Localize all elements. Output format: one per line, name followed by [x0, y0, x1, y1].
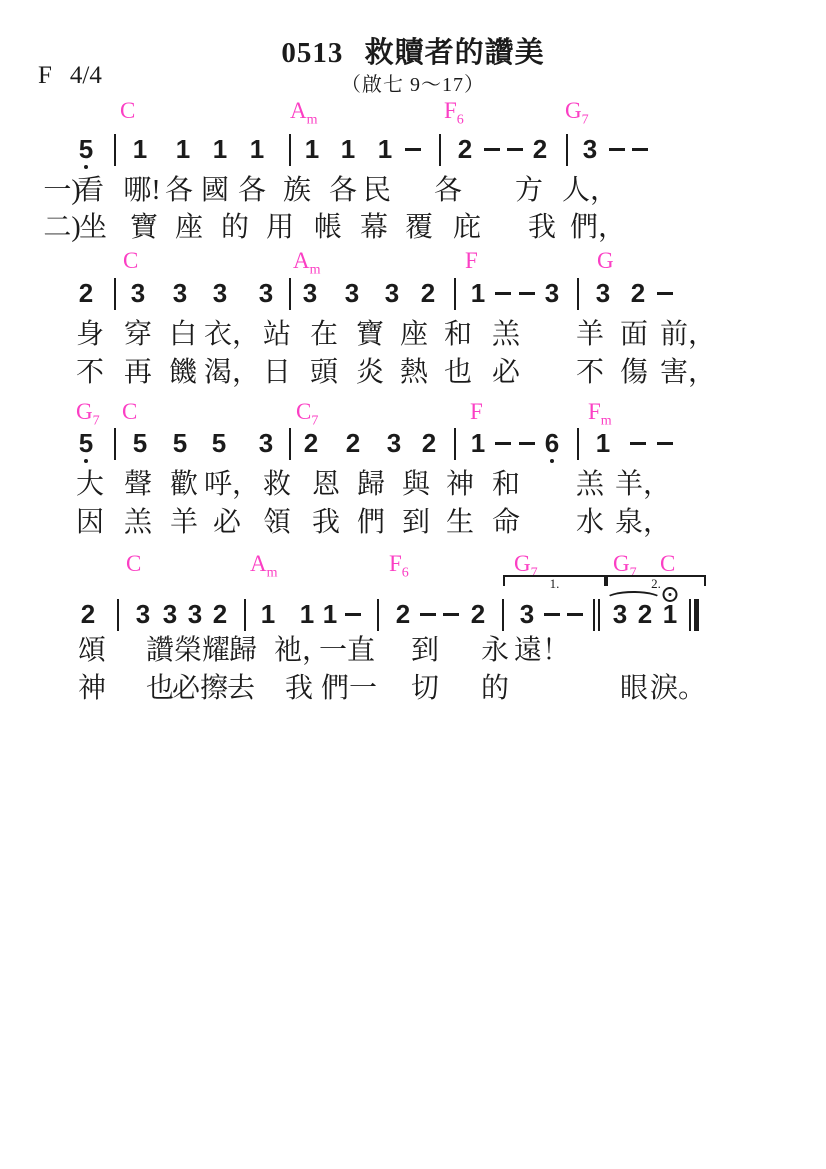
note-digit: 2	[533, 136, 547, 162]
lyric-syllable: 們	[357, 509, 385, 537]
lyric-syllable: 命	[492, 509, 520, 537]
chord-suffix: 6	[402, 566, 409, 581]
lyric-syllable: 族	[283, 177, 311, 205]
chord-label: F6	[389, 552, 409, 581]
chord-label: C7	[296, 400, 318, 429]
lyric-syllable: 生	[446, 509, 474, 537]
lyric-syllable: 白	[169, 321, 197, 349]
lyric-syllable: 羔	[124, 509, 152, 537]
lyric-syllable: 擦	[200, 675, 228, 703]
lyric-syllable: 泉，	[615, 509, 671, 537]
chord-root: C	[126, 551, 141, 576]
lyric-syllable: 水	[576, 509, 604, 537]
lyric-syllable: 和	[444, 321, 472, 349]
lyric-syllable: 到	[411, 637, 439, 665]
chord-label: C	[126, 552, 141, 575]
duration-dash	[657, 442, 673, 445]
barline	[454, 428, 456, 460]
lyric-syllable: 歸	[357, 471, 385, 499]
lyric-syllable: 人，	[562, 177, 618, 205]
lyric-syllable: 耀	[202, 637, 230, 665]
lyric-syllable: 頭	[310, 359, 338, 387]
chord-label: Am	[290, 99, 318, 128]
note-digit: 2	[638, 601, 652, 627]
lyric-syllable: 羊，	[615, 471, 671, 499]
note-digit: 1	[663, 601, 677, 627]
chord-root: F	[588, 399, 601, 424]
duration-dash	[484, 148, 500, 151]
octave-dot-low	[84, 459, 88, 463]
chord-label: Am	[293, 249, 321, 278]
duration-dash	[567, 613, 583, 616]
lyric-syllable: 與	[402, 471, 430, 499]
barline	[577, 278, 579, 310]
note-digit: 5	[212, 430, 226, 456]
chord-suffix: 7	[311, 414, 318, 429]
note-digit: 2	[81, 601, 95, 627]
chord-label: C	[120, 99, 135, 122]
barline	[439, 134, 441, 166]
note-digit: 1	[596, 430, 610, 456]
note-digit: 3	[173, 280, 187, 306]
chord-suffix: 7	[582, 113, 589, 128]
note-digit: 1	[471, 280, 485, 306]
duration-dash	[519, 292, 535, 295]
lyric-syllable: 在	[310, 321, 338, 349]
volta-label: 1.	[550, 577, 560, 590]
duration-dash	[495, 292, 511, 295]
note-digit: 1	[176, 136, 190, 162]
chord-label: G7	[76, 400, 100, 429]
lyric-syllable: 再	[124, 359, 152, 387]
lyric-syllable: 淚。	[650, 675, 706, 703]
lyric-syllable: 我	[312, 509, 340, 537]
lyric-syllable: 傷	[620, 359, 648, 387]
chord-label: C	[122, 400, 137, 423]
chord-suffix: 6	[457, 113, 464, 128]
lyric-syllable: 饑	[169, 359, 197, 387]
duration-dash	[507, 148, 523, 151]
lyric-syllable: 幕	[360, 214, 388, 242]
note-digit: 1	[261, 601, 275, 627]
note-digit: 3	[613, 601, 627, 627]
scripture-reference: （啟七 9～17）	[0, 68, 826, 97]
lyric-syllable: 各	[165, 177, 193, 205]
double-barline	[598, 599, 600, 631]
lyric-syllable: 和	[492, 471, 520, 499]
lyric-syllable: 害，	[660, 359, 716, 387]
double-barline	[593, 599, 595, 631]
note-digit: 3	[259, 280, 273, 306]
lyric-syllable: 各	[238, 177, 266, 205]
chord-root: F	[465, 248, 478, 273]
note-digit: 5	[79, 136, 93, 162]
barline	[289, 134, 291, 166]
lyric-syllable: 神	[446, 471, 474, 499]
lyric-syllable: 榮	[174, 637, 202, 665]
lyric-syllable: 眼	[620, 675, 648, 703]
note-digit: 3	[131, 280, 145, 306]
chord-root: F	[444, 98, 457, 123]
lyric-syllable: 一	[349, 675, 377, 703]
lyric-syllable: 帳	[314, 214, 342, 242]
duration-dash	[632, 148, 648, 151]
note-digit: 1	[323, 601, 337, 627]
chord-label: G	[597, 249, 614, 272]
lyric-syllable: 衣，	[204, 321, 260, 349]
barline	[114, 134, 116, 166]
lyric-syllable: 寶	[356, 321, 384, 349]
chord-label: C	[660, 552, 675, 575]
volta-label: 2.	[651, 577, 661, 590]
lyric-syllable: 一	[319, 637, 347, 665]
chord-label: F	[465, 249, 478, 272]
note-digit: 2	[79, 280, 93, 306]
lyric-syllable: 羔	[492, 321, 520, 349]
duration-dash	[544, 613, 560, 616]
note-digit: 2	[458, 136, 472, 162]
lyric-syllable: 熱	[400, 359, 428, 387]
note-digit: 6	[545, 430, 559, 456]
lyric-syllable: 到	[402, 509, 430, 537]
lyric-syllable: 永	[481, 637, 509, 665]
lyric-syllable: 歸	[229, 637, 257, 665]
lyric-syllable: 大	[76, 471, 104, 499]
note-digit: 3	[213, 280, 227, 306]
chord-root: G	[613, 551, 630, 576]
lyric-syllable: 去	[227, 675, 255, 703]
chord-suffix: m	[307, 113, 318, 128]
note-digit: 1	[250, 136, 264, 162]
lyric-syllable: 也	[146, 675, 174, 703]
note-digit: 1	[300, 601, 314, 627]
lyric-syllable: 們	[321, 675, 349, 703]
duration-dash	[420, 613, 436, 616]
note-digit: 3	[387, 430, 401, 456]
note-digit: 2	[304, 430, 318, 456]
note-digit: 2	[631, 280, 645, 306]
lyric-syllable: 身	[76, 321, 104, 349]
barline	[244, 599, 246, 631]
lyric-syllable: 頌	[78, 637, 106, 665]
volta-bracket: 1.	[503, 575, 606, 586]
chord-suffix: 7	[93, 414, 100, 429]
octave-dot-low	[84, 165, 88, 169]
lyric-syllable: 直	[347, 637, 375, 665]
note-digit: 1	[341, 136, 355, 162]
chord-root: C	[120, 98, 135, 123]
lyric-syllable: 羔	[576, 471, 604, 499]
note-digit: 2	[213, 601, 227, 627]
lyric-syllable: 恩	[312, 471, 340, 499]
duration-dash	[519, 442, 535, 445]
lyric-syllable: 面	[620, 321, 648, 349]
lyric-syllable: 坐	[79, 214, 107, 242]
duration-dash	[609, 148, 625, 151]
lyric-syllable: 覆	[405, 214, 433, 242]
fermata-icon	[663, 587, 678, 602]
chord-label: G7	[565, 99, 589, 128]
chord-label: Fm	[588, 400, 612, 429]
note-digit: 1	[213, 136, 227, 162]
note-digit: 3	[303, 280, 317, 306]
chord-root: G	[597, 248, 614, 273]
lyric-syllable: 歡	[170, 471, 198, 499]
note-digit: 3	[188, 601, 202, 627]
note-digit: 3	[259, 430, 273, 456]
lyric-syllable: 的	[481, 675, 509, 703]
chord-root: A	[293, 248, 310, 273]
lyric-syllable: 必	[213, 509, 241, 537]
barline	[454, 278, 456, 310]
chord-root: C	[296, 399, 311, 424]
lyric-syllable: 羊	[576, 321, 604, 349]
volta-bracket: 2.	[606, 575, 706, 586]
note-digit: 5	[79, 430, 93, 456]
note-digit: 3	[163, 601, 177, 627]
lyric-syllable: 方	[515, 177, 543, 205]
lyric-syllable: 我	[528, 214, 556, 242]
chord-root: F	[389, 551, 402, 576]
note-digit: 1	[378, 136, 392, 162]
chord-suffix: m	[310, 263, 321, 278]
lyric-syllable: 不	[576, 359, 604, 387]
lyric-syllable: 國	[201, 177, 229, 205]
lyric-syllable: 看	[76, 177, 104, 205]
note-digit: 2	[421, 280, 435, 306]
octave-dot-low	[550, 459, 554, 463]
note-digit: 1	[133, 136, 147, 162]
lyric-syllable: 也	[444, 359, 472, 387]
chord-root: G	[514, 551, 531, 576]
barline	[577, 428, 579, 460]
duration-dash	[345, 613, 361, 616]
note-digit: 2	[346, 430, 360, 456]
verse-number: 二)	[43, 214, 80, 242]
song-title: 0513 救贖者的讚美	[0, 30, 826, 71]
note-digit: 3	[345, 280, 359, 306]
barline	[117, 599, 119, 631]
lyric-syllable: 羊	[170, 509, 198, 537]
lyric-syllable: 神	[78, 675, 106, 703]
chord-root: A	[250, 551, 267, 576]
note-digit: 3	[385, 280, 399, 306]
duration-dash	[495, 442, 511, 445]
chord-root: C	[660, 551, 675, 576]
barline	[566, 134, 568, 166]
lyric-syllable: 們，	[570, 214, 626, 242]
chord-suffix: m	[267, 566, 278, 581]
note-digit: 2	[422, 430, 436, 456]
barline	[289, 278, 291, 310]
chord-root: G	[565, 98, 582, 123]
final-barline	[689, 599, 691, 631]
lyric-syllable: 呼，	[204, 471, 260, 499]
lyric-syllable: 寶	[130, 214, 158, 242]
lyric-syllable: 日	[263, 359, 291, 387]
chord-suffix: m	[601, 414, 612, 429]
lyric-syllable: 必	[172, 675, 200, 703]
lyric-syllable: 哪!	[123, 177, 160, 205]
fermata-dot	[669, 593, 672, 596]
lyric-syllable: 炎	[356, 359, 384, 387]
lyric-syllable: 我	[285, 675, 313, 703]
note-digit: 5	[173, 430, 187, 456]
chord-root: G	[76, 399, 93, 424]
hymn-sheet: 0513 救贖者的讚美 F4/4 （啟七 9～17） CAmF6G7511111…	[0, 0, 826, 1169]
barline	[289, 428, 291, 460]
chord-root: F	[470, 399, 483, 424]
note-digit: 3	[583, 136, 597, 162]
chord-label: C	[123, 249, 138, 272]
lyric-syllable: 庇	[453, 214, 481, 242]
chord-label: Am	[250, 552, 278, 581]
note-digit: 2	[471, 601, 485, 627]
chord-root: C	[123, 248, 138, 273]
note-digit: 3	[520, 601, 534, 627]
duration-dash	[405, 148, 421, 151]
duration-dash	[443, 613, 459, 616]
barline	[114, 278, 116, 310]
lyric-syllable: 座	[175, 214, 203, 242]
duration-dash	[657, 292, 673, 295]
chord-label: F	[470, 400, 483, 423]
barline	[114, 428, 116, 460]
lyric-syllable: 不	[76, 359, 104, 387]
lyric-syllable: 遠！	[514, 637, 570, 665]
lyric-syllable: 切	[411, 675, 439, 703]
chord-root: A	[290, 98, 307, 123]
lyric-syllable: 必	[492, 359, 520, 387]
chord-label: F6	[444, 99, 464, 128]
lyric-syllable: 站	[263, 321, 291, 349]
final-barline	[694, 599, 699, 631]
lyric-syllable: 穿	[124, 321, 152, 349]
note-digit: 5	[133, 430, 147, 456]
note-digit: 2	[396, 601, 410, 627]
barline	[502, 599, 504, 631]
chord-root: C	[122, 399, 137, 424]
lyric-syllable: 前，	[660, 321, 716, 349]
lyric-syllable: 用	[266, 214, 294, 242]
note-digit: 3	[545, 280, 559, 306]
note-digit: 3	[596, 280, 610, 306]
lyric-syllable: 聲	[124, 471, 152, 499]
lyric-syllable: 領	[263, 509, 291, 537]
note-digit: 3	[136, 601, 150, 627]
lyric-syllable: 因	[76, 509, 104, 537]
lyric-syllable: 的	[221, 214, 249, 242]
lyric-syllable: 座	[400, 321, 428, 349]
lyric-syllable: 讚	[146, 637, 174, 665]
note-digit: 1	[305, 136, 319, 162]
duration-dash	[630, 442, 646, 445]
lyric-syllable: 各	[329, 177, 357, 205]
lyric-syllable: 各	[434, 177, 462, 205]
lyric-syllable: 民	[363, 177, 391, 205]
barline	[377, 599, 379, 631]
lyric-syllable: 渴，	[204, 359, 260, 387]
lyric-syllable: 救	[263, 471, 291, 499]
note-digit: 1	[471, 430, 485, 456]
